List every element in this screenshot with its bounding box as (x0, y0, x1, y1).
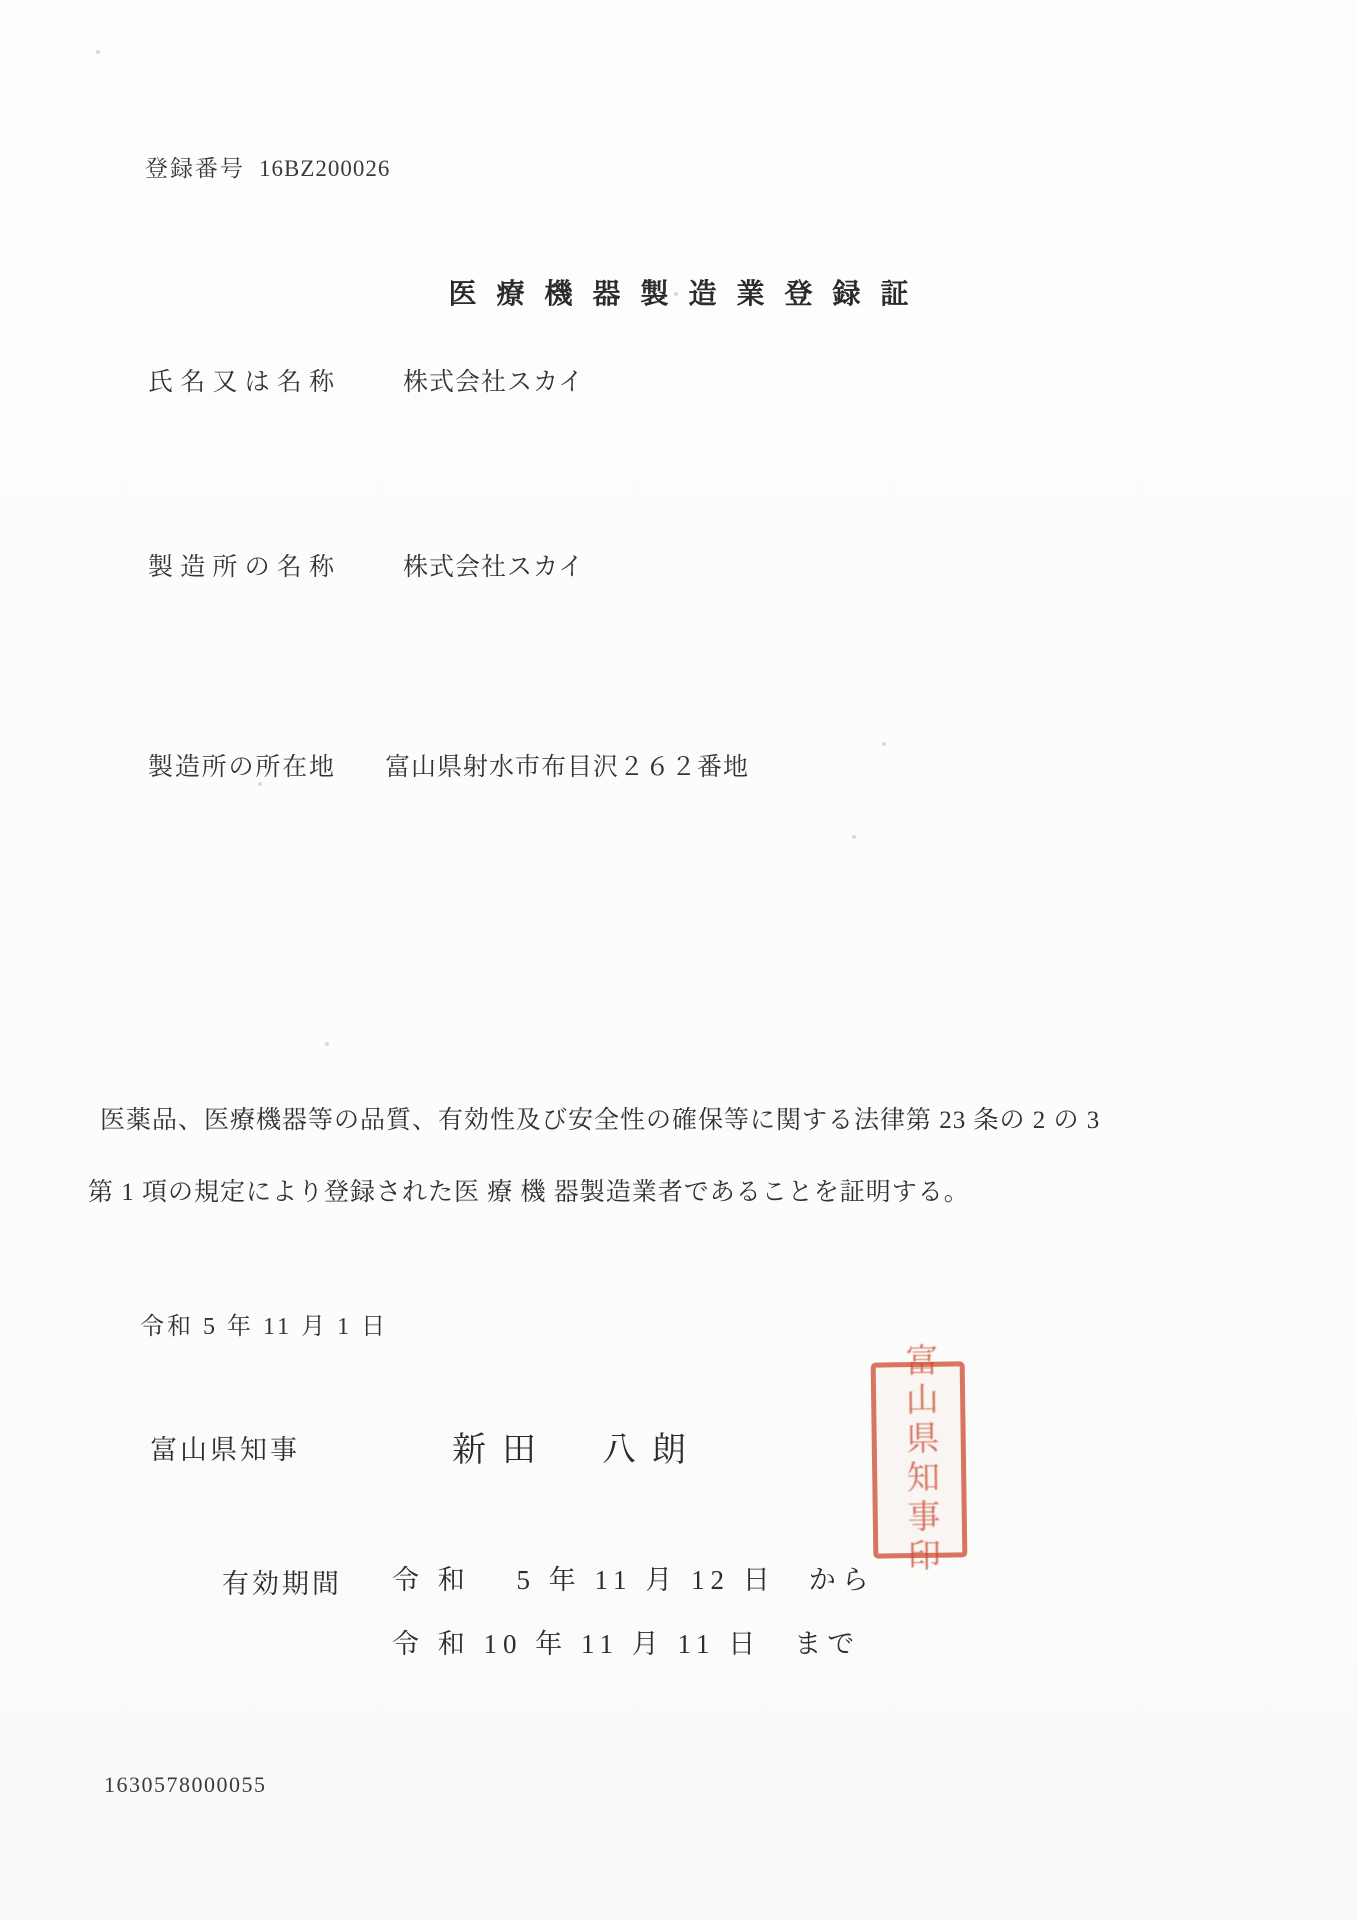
issue-date: 令和 5 年 11 月 1 日 (140, 1306, 388, 1341)
seal-column-right: 富山県 (900, 1343, 938, 1460)
scan-speckle (882, 742, 886, 746)
registration-number-value: 16BZ200026 (259, 156, 390, 181)
official-seal-stamp: 富山県知事印 (871, 1361, 968, 1558)
validity-period-to: 令 和 10 年 11 月 11 日 まで (392, 1622, 860, 1661)
issuer-name: 新田 八朗 (452, 1422, 702, 1471)
scan-speckle (96, 50, 100, 54)
validity-period-label: 有効期間 (222, 1562, 342, 1601)
statement-line-1: 医薬品、医療機器等の品質、有効性及び安全性の確保等に関する法律第 23 条の 2… (100, 1100, 1100, 1136)
registration-number-line: 登録番号16BZ200026 (145, 150, 390, 183)
registration-number-label: 登録番号 (145, 156, 245, 181)
document-control-number: 1630578000055 (104, 1772, 267, 1798)
field-label-applicant-name: 氏名又は名称 (148, 362, 334, 398)
scan-speckle (325, 1042, 329, 1046)
issuer-title: 富山県知事 (150, 1428, 300, 1467)
field-label-factory-address: 製造所の所在地 (148, 747, 334, 783)
validity-period-from: 令 和 5 年 11 月 12 日 から (392, 1558, 875, 1597)
seal-column-left: 知事印 (902, 1460, 940, 1577)
field-value-factory-name: 株式会社スカイ (403, 547, 584, 583)
certificate-page: 登録番号16BZ200026 医療機器製造業登録証 氏名又は名称 株式会社スカイ… (0, 0, 1357, 1920)
statement-line-2: 第 1 項の規定により登録された医 療 機 器製造業者であることを証明する。 (88, 1172, 970, 1208)
page-title: 医療機器製造業登録証 (0, 272, 1357, 312)
field-label-factory-name: 製造所の名称 (148, 547, 334, 583)
field-value-applicant-name: 株式会社スカイ (403, 362, 584, 398)
scan-speckle (852, 835, 856, 839)
field-value-factory-address: 富山県射水市布目沢２６２番地 (385, 747, 749, 783)
official-seal-text: 富山県知事印 (897, 1343, 942, 1578)
